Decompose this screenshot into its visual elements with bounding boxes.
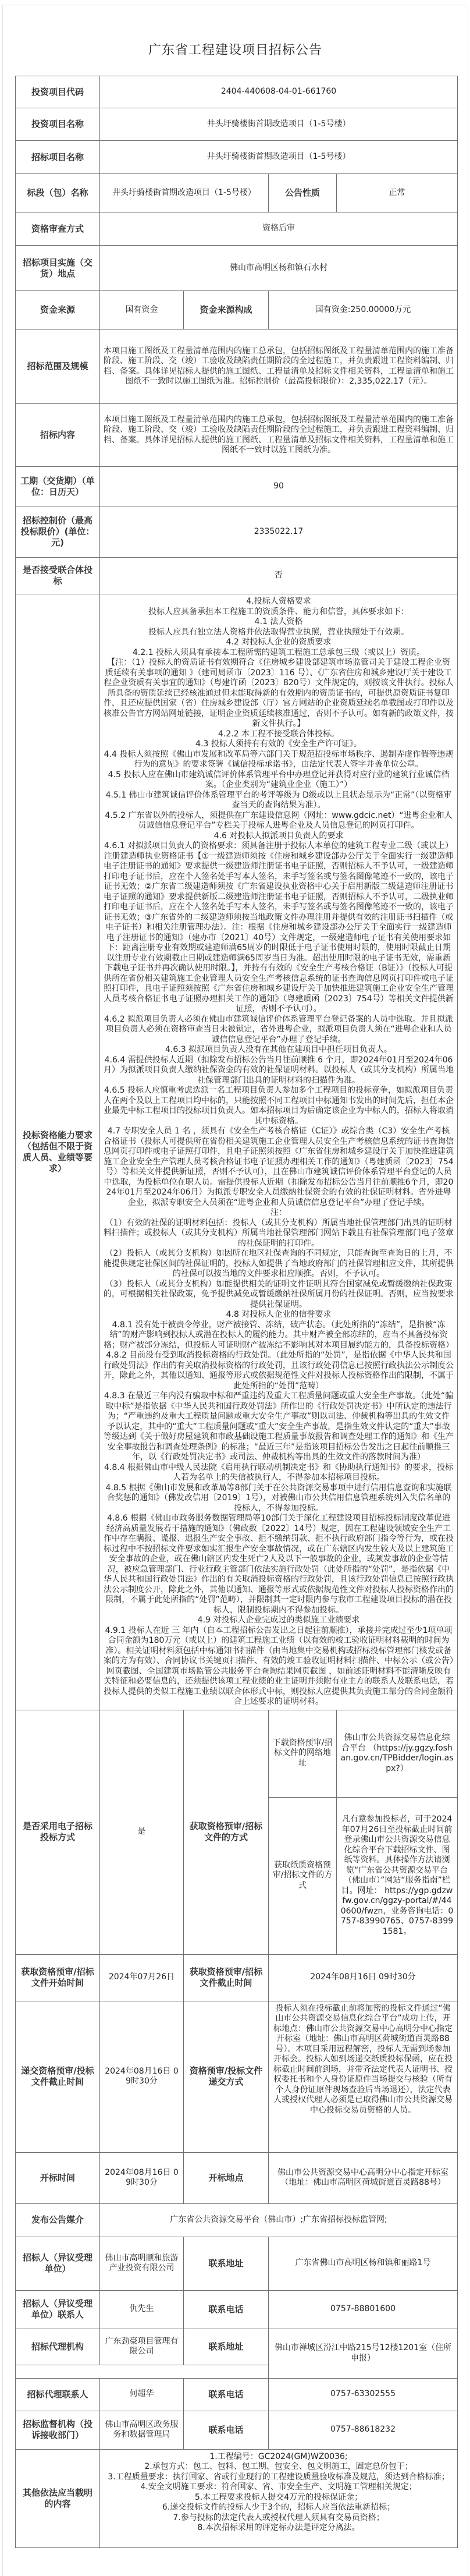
row-supervisor: 招标监督机构（投诉接收部门） 佛山市高明区政务服务和数据管理局 联系电话 075… (16, 2411, 458, 2449)
qualification-line: 4.9 对投标人企业完成过的类似施工业绩要求 (104, 1615, 454, 1626)
row-media: 发布公告媒介 广东省公共资源交易平台（佛山市）;广东省招标投标监管网; (16, 2203, 458, 2237)
other-line: 2.承包方式：包工、包料、包工期、包安全、包文明施工，固定总价包干； (104, 2462, 454, 2472)
label-supervisor: 招标监督机构（投诉接收部门） (16, 2411, 100, 2449)
value-funding-composition: 国有资金:250.00000万元 (269, 291, 458, 329)
label-submission-deadline: 递交资格预审/投标文件截止时间 (16, 2001, 100, 2152)
value-scope: 本项目施工图纸及工程量清单范围内的施工总承包，包括招标图纸及工程量清单范围内的施… (100, 329, 458, 404)
value-agency-contact: 何超华 (100, 2378, 184, 2411)
value-content: 本项目施工图纸及工程量清单范围内的施工总承包，包括招标图纸及工程量清单范围内的施… (100, 404, 458, 467)
value-section-name: 井头圩骑楼街首期改造项目（1-5号楼） (100, 174, 269, 212)
label-tenderer-contact: 招标人（异议受理单位）联系人 (16, 2290, 100, 2329)
row-section-name: 标段（包）名称 井头圩骑楼街首期改造项目（1-5号楼） 公告性质 正常 (16, 174, 458, 212)
value-supervisor: 佛山市高明区政务服务和数据管理局 (100, 2411, 184, 2449)
row-review-method: 资格审查方式 资格后审 (16, 212, 458, 246)
qualification-line: 4.6.3 拟派项目负责人没有在其他在建项目中担任项目负责人。 (104, 1045, 454, 1055)
qualification-line: （2）投标人（或其分支机构）如因所在地区社保查询的不同规定，只能查询至查询日的上… (104, 1249, 454, 1280)
label-supervisor-phone: 联系电话 (184, 2411, 269, 2449)
value-tenderer: 佛山市高明顺和旅游产业投资有限公司 (100, 2237, 184, 2290)
value-electronic: 是 (100, 1710, 184, 1954)
value-opening-place: 佛山市公共资源交易中心高明分中心指定开标室（地址：佛山市高明区荷城街道百灵路88… (269, 2152, 458, 2203)
label-electronic: 是否采用电子招标投标方式 (16, 1710, 100, 1954)
qualification-line: 4.1 法人资格 (104, 617, 454, 628)
value-qualification: 4.投标人资格要求 投标人应具备承担本工程施工的资质条件、能力和信誉，具体要求如… (100, 594, 458, 1710)
row-agency: 招标代理机构 广东劲豪项目管理有限公司 联系地址 佛山市禅城区汾江中路215号1… (16, 2329, 458, 2365)
label-tenderer-address: 联系地址 (184, 2237, 269, 2290)
qualification-line: 4.7 专职安全人员 1 名 ，须具有《安全生产考核合格证（C证）》或综合类（C… (104, 1126, 454, 1208)
qualification-line: 4.5 投标人应在佛山市建筑诚信评价体系管理平台中办理登记并获得对应行业的建筑行… (104, 770, 454, 791)
value-location: 佛山市高明区杨和镇石水村 (100, 246, 458, 291)
qualification-line: 4.8.3 在最近三年内没有骗取中标和严重违约及重大工程质量问题或重大安全生产事… (104, 1391, 454, 1463)
label-scope: 招标范围及规模 (16, 329, 100, 404)
label-funding-composition: 资金来源构成 (184, 291, 269, 329)
qualification-line: 4.6.2 拟派项目负责人必须在佛山市建筑诚信评价体系管理平台登记备案的人员中选… (104, 1015, 454, 1046)
value-investment-name: 井头圩骑楼街首期改造项目（1-5号楼） (100, 108, 458, 141)
value-duration: 90 (100, 467, 458, 506)
value-tenderer-phone: 0757-88801600 (269, 2290, 458, 2329)
value-download-address[interactable]: 佛山市公共资源交易信息化综合平台 （https://jy.ggzy.foshan… (337, 1710, 458, 1797)
label-submission-method: 资格预审/投标文件递交方式 (184, 2001, 269, 2152)
value-obtain-end: 2024年08月16日 09时30分 (269, 1954, 458, 2001)
label-media: 发布公告媒介 (16, 2203, 100, 2237)
label-opening-place: 开标地点 (184, 2152, 269, 2203)
row-tender-name: 招标项目名称 井头圩骑楼街首期改造项目（1-5号楼） (16, 141, 458, 174)
other-line: 4.安全文明施工要求：符合国家、省、市安全生产、文明施工管理相关规定； (104, 2482, 454, 2493)
label-tender-name: 招标项目名称 (16, 141, 100, 174)
value-submission-deadline: 2024年08月16日 09时30分 (100, 2001, 184, 2152)
label-paper-method: 获取纸质资格预审/招标文件的方式 (269, 1797, 337, 1954)
other-line: 8.本次招标采用的评定标办法是评定分离法。 (104, 2523, 454, 2534)
value-funding: 国有资金 (100, 291, 184, 329)
row-qualification: 投标资格能力要求（包括但不限于资质人员、业绩等要求） 4.投标人资格要求 投标人… (16, 594, 458, 1710)
label-consortium: 是否接受联合体投标 (16, 558, 100, 594)
value-notice-nature: 正常 (337, 174, 458, 212)
value-media: 广东省公共资源交易平台（佛山市）;广东省招标投标监管网; (100, 2203, 458, 2237)
qualification-line: 4.2.1 投标人须具有承接本工程所需的建筑工程施工总承包三级（或以上）资质。 (104, 648, 454, 658)
value-consortium: 否 (100, 558, 458, 594)
qualification-line: 4.4 投标人须按照《佛山市发展和改革局等六部门关于规范招投标市场秩序、遏制弄虚… (104, 750, 454, 770)
label-funding: 资金来源 (16, 291, 100, 329)
qualification-line: 投标人应具备承担本工程施工的资质条件、能力和信誉，具体要求如下： (104, 607, 454, 618)
label-agency-address: 联系地址 (184, 2329, 269, 2365)
label-obtain-start: 获取资格预审/招标文件开始时间 (16, 1954, 100, 2001)
label-duration: 工期（交货期）（单位：日历天） (16, 467, 100, 506)
row-tenderer-contact: 招标人（异议受理单位）联系人 仇先生 联系电话 0757-88801600 (16, 2290, 458, 2329)
row-location: 招标项目实施（交货）地点 佛山市高明区杨和镇石水村 (16, 246, 458, 291)
value-review-method: 资格后审 (100, 212, 458, 246)
value-paper-method[interactable]: 凡有意参加投标者，可于2024年07月26日至投标截止时间前登录佛山市公共资源交… (337, 1797, 458, 1954)
value-tenderer-contact: 仇先生 (100, 2290, 184, 2329)
qualification-line: 4.5.1 佛山市建筑诚信评价体系管理平台的考评等级为 D级或以上且状态显示为“… (104, 791, 454, 811)
row-opening: 开标时间 2024年08月16日 09时30分 开标地点 佛山市公共资源交易中心… (16, 2152, 458, 2203)
qualification-line: 4.9.1 投标人在近 三 年内（自本工程招标公告发出之日起往前顺推），承接并完… (104, 1626, 454, 1707)
row-duration: 工期（交货期）（单位：日历天） 90 (16, 467, 458, 506)
row-content: 招标内容 本项目施工图纸及工程量清单范围内的施工总承包，包括招标图纸及工程量清单… (16, 404, 458, 467)
qualification-line: 4.6.5 投标人应慎重考虑选派一名工程项目负责人参加多个工程项目的投标竞争，如… (104, 1086, 454, 1126)
value-control-price: 2335022.17 (100, 506, 458, 558)
label-other: 其他依法应当载明的内容 (16, 2449, 100, 2547)
label-download-address: 下载资格预审/招标文件的网络地址 (269, 1710, 337, 1797)
value-submission-method: 投标人须在投标截止前将加密的投标文件通过“佛山市公共资源交易信息化综合平台”成功… (269, 2001, 458, 2152)
row-other: 其他依法应当载明的内容 1.工程编号：GC2024(GM)WZ0036; 2.承… (16, 2449, 458, 2547)
label-obtain-method: 获取资格预审/招标文件的方式 (184, 1710, 269, 1954)
value-investment-code: 2404-440608-04-01-661760 (100, 76, 458, 108)
qualification-line: 4.8.6 根据《佛山市政务服务数据管理局等10部门关于深化工程建设项目招标投标… (104, 1514, 454, 1615)
spacer-cell (16, 2365, 269, 2378)
qualification-line: 投标人应具有独立法人资格并依法取得营业执照，营业执照处于有效期。 (104, 628, 454, 638)
value-agency-address: 佛山市禅城区汾江中路215号12楼1201室（住所申报） (269, 2329, 458, 2378)
other-line: 6.递交投标文件的投标人少于3个的，招标人应当依法重新招标； (104, 2503, 454, 2513)
qualification-line: 4.投标人资格要求 (104, 597, 454, 607)
label-qualification: 投标资格能力要求（包括但不限于资质人员、业绩等要求） (16, 594, 100, 1710)
value-tenderer-address: 广东省佛山市高明区杨和镇和丽路1号 (269, 2237, 458, 2290)
label-obtain-end: 获取资格预审/招标文件截止时间 (184, 1954, 269, 2001)
qualification-line: 4.2 对投标人企业的资质要求 (104, 637, 454, 648)
notice-page: 广东省工程建设项目招标公告 投资项目代码 2404-440608-04-01-6… (2, 5, 468, 2576)
label-tenderer-phone: 联系电话 (184, 2290, 269, 2329)
tender-notice-table: 投资项目代码 2404-440608-04-01-661760 投资项目名称 井… (15, 76, 458, 2548)
value-agency: 广东劲豪项目管理有限公司 (100, 2329, 184, 2365)
qualification-line: 4.8.5 根据《佛山市发展和改革局等8部门关于在公共资源交易事项中进行信用信息… (104, 1483, 454, 1514)
row-electronic-1: 是否采用电子招标投标方式 是 获取资格预审/招标文件的方式 下载资格预审/招标文… (16, 1710, 458, 1797)
label-opening-time: 开标时间 (16, 2152, 100, 2203)
value-obtain-start: 2024年07月26日 (100, 1954, 184, 2001)
qualification-line: 注： (104, 1208, 454, 1218)
qualification-line: 4.6.4 需提供投标人近期（扣除发布招标公告当月往前顺推 6 个月，即2024… (104, 1055, 454, 1086)
value-opening-time: 2024年08月16日 09时30分 (100, 2152, 184, 2203)
other-line: 7.参与投标的法定代表人或授权代理人须具有交易员资格； (104, 2513, 454, 2524)
label-location: 招标项目实施（交货）地点 (16, 246, 100, 291)
qualification-line: 4.6.1 对拟派项目负责人的资格要求：须具备注册于投标人本单位的建筑工程专业二… (104, 841, 454, 1015)
row-scope: 招标范围及规模 本项目施工图纸及工程量清单范围内的施工总承包，包括招标图纸及工程… (16, 329, 458, 404)
row-investment-code: 投资项目代码 2404-440608-04-01-661760 (16, 76, 458, 108)
other-line: 5.本工程要求投标人提交4万元的投标保证金； (104, 2493, 454, 2503)
label-section-name: 标段（包）名称 (16, 174, 100, 212)
qualification-line: 4.8 对投标人企业的信誉要求 (104, 1310, 454, 1320)
qualification-line: 4.8.1 没有处于被责令停业，财产被接管、冻结，破产状态。（此处所指的“冻结”… (104, 1320, 454, 1351)
other-line: 1.工程编号：GC2024(GM)WZ0036; (104, 2452, 454, 2462)
label-tenderer: 招标人（异议受理单位） (16, 2237, 100, 2290)
qualification-line: 4.8.2 目前没有受到取消投标资格的行政处罚。（此处所指的“处罚”，是指依据《… (104, 1351, 454, 1391)
qualification-line: 4.6 对投标人拟派项目负责人的要求 (104, 831, 454, 842)
label-investment-code: 投资项目代码 (16, 76, 100, 108)
qualification-line: （1）有效的社保的证明材料包括：投标人（或其分支机构）所属当地社保管理部门出具的… (104, 1218, 454, 1249)
row-control-price: 招标控制价（最高投标限价）(单位：元) 2335022.17 (16, 506, 458, 558)
value-supervisor-phone: 0757-88618232 (269, 2411, 458, 2449)
value-other: 1.工程编号：GC2024(GM)WZ0036; 2.承包方式：包工、包料、包工… (100, 2449, 458, 2547)
row-submission: 递交资格预审/投标文件截止时间 2024年08月16日 09时30分 资格预审/… (16, 2001, 458, 2152)
row-obtain-time: 获取资格预审/招标文件开始时间 2024年07月26日 获取资格预审/招标文件截… (16, 1954, 458, 2001)
label-agency-phone: 联系电话 (184, 2378, 269, 2411)
qualification-line: 4.3 投标人须持有有效的《安全生产许可证》。 (104, 739, 454, 750)
label-content: 招标内容 (16, 404, 100, 467)
row-investment-name: 投资项目名称 井头圩骑楼街首期改造项目（1-5号楼） (16, 108, 458, 141)
label-agency-contact: 招标代理联系人 (16, 2378, 100, 2411)
other-line: 3.工程质量要求：执行国家、省或行业现行的工程建设质量验收标准及规范，须达到合格… (104, 2472, 454, 2483)
row-consortium: 是否接受联合体投标 否 (16, 558, 458, 594)
label-review-method: 资格审查方式 (16, 212, 100, 246)
label-investment-name: 投资项目名称 (16, 108, 100, 141)
qualification-line: 4.2.2 本工程不接受联合体投标。 (104, 729, 454, 740)
row-agency-contact: 招标代理联系人 何超华 联系电话 0757-63302555 (16, 2378, 458, 2411)
qualification-line: 4.8.4 根据佛山市中级人民法院《启用执行联动机制决定书》和《协助执行通知书》… (104, 1463, 454, 1483)
qualification-line: 【注：（1）投标人的资质证书有效期符合《住房城乡建设部建筑市场监管司关于建设工程… (104, 658, 454, 729)
label-notice-nature: 公告性质 (269, 174, 337, 212)
value-agency-phone: 0757-63302555 (269, 2378, 458, 2411)
label-control-price: 招标控制价（最高投标限价）(单位：元) (16, 506, 100, 558)
label-agency: 招标代理机构 (16, 2329, 100, 2365)
page-title: 广东省工程建设项目招标公告 (3, 5, 468, 76)
row-funding: 资金来源 国有资金 资金来源构成 国有资金:250.00000万元 (16, 291, 458, 329)
qualification-line: （3）投标人（或其分支机构）如能提供相关的证明文件证明其符合国家减免或暂缓缴纳社… (104, 1280, 454, 1310)
value-tender-name: 井头圩骑楼街首期改造项目（1-5号楼） (100, 141, 458, 174)
qualification-line: 4.5.2 广东省以外的投标人，须提供在广东建设信息网（网址：www.gdcic… (104, 811, 454, 831)
